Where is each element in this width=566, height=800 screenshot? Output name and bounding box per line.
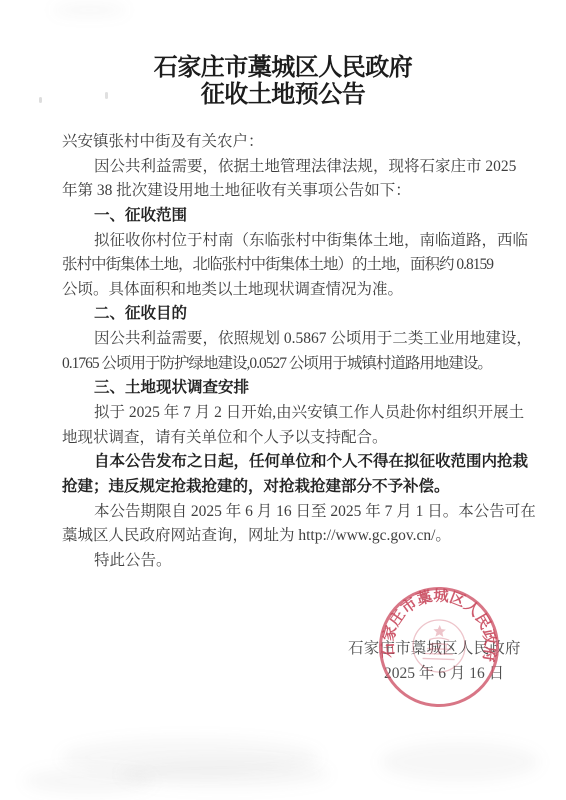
body-line: 拟于 2025 年 7 月 2 日开始,由兴安镇工作人员赴你村组织开展土 bbox=[62, 401, 510, 426]
body-line: 本公告期限自 2025 年 6 月 16 日至 2025 年 7 月 1 日。本… bbox=[62, 500, 510, 525]
scan-artifact bbox=[52, 4, 127, 16]
body-line: 藁城区人民政府网站查询，网址为 http://www.gc.gov.cn/。 bbox=[62, 524, 510, 549]
document-title: 石家庄市藁城区人民政府 征收土地预公告 bbox=[0, 54, 566, 108]
national-emblem-icon bbox=[412, 619, 466, 673]
section-heading-1: 一、征收范围 bbox=[62, 204, 510, 229]
official-seal: 石家庄市藁城区人民政府 bbox=[377, 583, 503, 711]
body-line: 0.1765 公顷用于防护绿地建设,0.0527 公顷用于城镇村道路用地建设。 bbox=[62, 352, 510, 377]
body-line: 张村中街集体土地，北临张村中街集体土地）的土地，面积约 0.8159 bbox=[62, 253, 510, 278]
body-line: 年第 38 批次建设用地土地征收有关事项公告如下： bbox=[62, 179, 510, 204]
document-body: 兴安镇张村中街及有关农户： 因公共利益需要，依据土地管理法律法规，现将石家庄市 … bbox=[62, 130, 510, 574]
document-page: 石家庄市藁城区人民政府 征收土地预公告 兴安镇张村中街及有关农户： 因公共利益需… bbox=[0, 0, 566, 800]
svg-text:石家庄市藁城区人民政府: 石家庄市藁城区人民政府 bbox=[378, 585, 501, 663]
body-line: 因公共利益需要，依照规划 0.5867 公顷用于二类工业用地建设， bbox=[62, 327, 510, 352]
title-line-1: 石家庄市藁城区人民政府 bbox=[0, 54, 566, 81]
body-line: 公顷。具体面积和地类以土地现状调查情况为准。 bbox=[62, 278, 510, 303]
body-line-emphasis: 自本公告发布之日起，任何单位和个人不得在拟征收范围内抢栽 bbox=[62, 450, 510, 475]
seal-arc-text: 石家庄市藁城区人民政府 bbox=[378, 585, 501, 663]
body-line-closing: 特此公告。 bbox=[62, 549, 510, 574]
scan-artifact bbox=[380, 742, 540, 782]
body-line: 拟征收你村位于村南（东临张村中街集体土地，南临道路，西临 bbox=[62, 229, 510, 254]
section-heading-2: 二、征收目的 bbox=[62, 302, 510, 327]
title-line-2: 征收土地预公告 bbox=[0, 81, 566, 108]
body-line: 因公共利益需要，依据土地管理法律法规，现将石家庄市 2025 bbox=[62, 155, 510, 180]
body-line: 地现状调查，请有关单位和个人予以支持配合。 bbox=[62, 426, 510, 451]
scan-artifact bbox=[24, 768, 154, 794]
section-heading-3: 三、土地现状调查安排 bbox=[62, 376, 510, 401]
body-line-salutation: 兴安镇张村中街及有关农户： bbox=[62, 130, 510, 155]
body-line-emphasis: 抢建；违反规定抢栽抢建的，对抢栽抢建部分不予补偿。 bbox=[62, 475, 510, 500]
